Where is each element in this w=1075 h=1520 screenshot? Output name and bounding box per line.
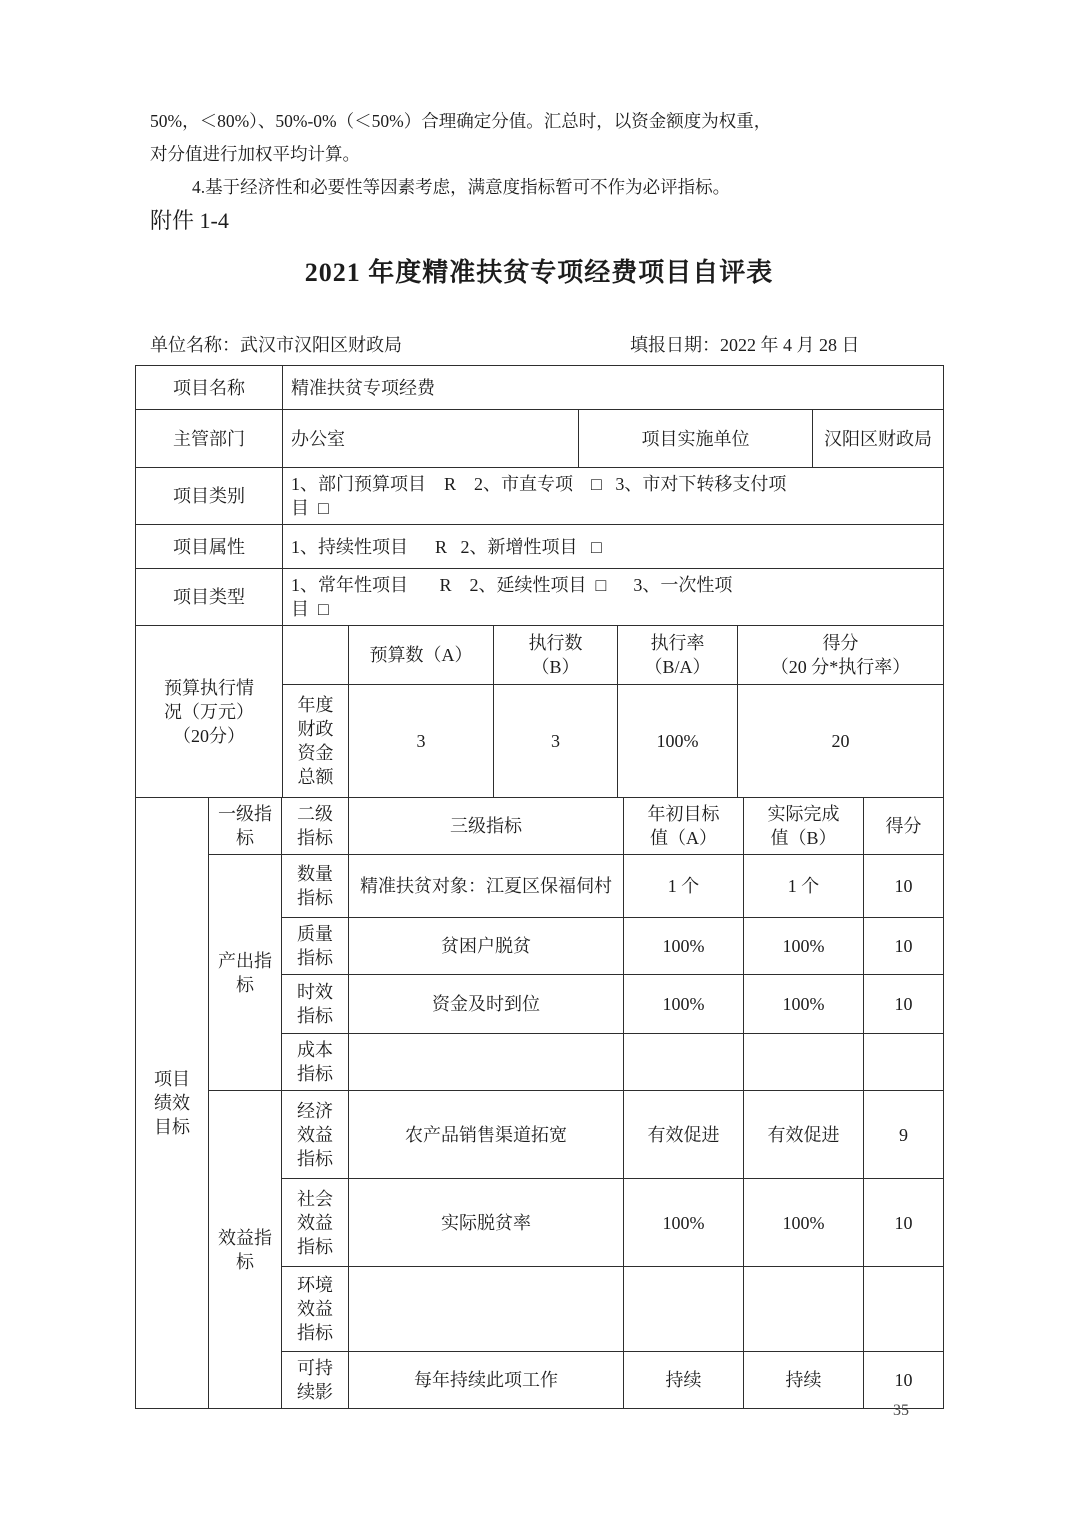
project-attribute-label: 项目属性	[136, 525, 283, 569]
perf-group-output-label: 产出指标	[209, 855, 282, 1091]
perf-row-social-score: 10	[864, 1179, 944, 1267]
perf-row-quantity-level2: 数量指标	[282, 855, 349, 918]
budget-header-rate: 执行率 （B/A）	[618, 626, 738, 685]
perf-section-label: 项目 绩效 目标	[136, 798, 209, 1409]
project-name-value: 精准扶贫专项经费	[283, 366, 944, 410]
project-info-table: 项目名称 精准扶贫专项经费 主管部门 办公室 项目实施单位 汉阳区财政局 项目类…	[135, 365, 944, 626]
budget-value-a: 3	[349, 685, 494, 798]
perf-row-quantity-score: 10	[864, 855, 944, 918]
perf-row-sustain-level2: 可持续影	[282, 1352, 349, 1409]
perf-group-benefit-label: 效益指标	[209, 1091, 282, 1409]
perf-row-cost-target	[624, 1034, 744, 1091]
project-name-label: 项目名称	[136, 366, 283, 410]
perf-row-environment-level2: 环境效益指标	[282, 1267, 349, 1352]
perf-row-cost-score	[864, 1034, 944, 1091]
report-date-text: 填报日期：2022 年 4 月 28 日	[630, 332, 860, 358]
perf-header-level2: 二级指标	[282, 798, 349, 855]
form-title: 2021 年度精准扶贫专项经费项目自评表	[135, 254, 943, 292]
budget-value-rate: 100%	[618, 685, 738, 798]
perf-row-environment-target	[624, 1267, 744, 1352]
perf-row-timeliness-score: 10	[864, 975, 944, 1034]
perf-header-level3: 三级指标	[349, 798, 624, 855]
perf-row-quantity-actual: 1 个	[744, 855, 864, 918]
perf-row-sustain-actual: 持续	[744, 1352, 864, 1409]
perf-row-social-level2: 社会效益指标	[282, 1179, 349, 1267]
budget-execution-table: 预算执行情 况（万元） （20分） 预算数（A） 执行数 （B） 执行率 （B/…	[135, 625, 944, 798]
dept-value: 办公室	[283, 410, 579, 468]
perf-row-economic-target: 有效促进	[624, 1091, 744, 1179]
perf-row-environment-actual	[744, 1267, 864, 1352]
perf-row-sustain-target: 持续	[624, 1352, 744, 1409]
form-meta: 单位名称：武汉市汉阳区财政局 填报日期：2022 年 4 月 28 日	[135, 332, 943, 360]
perf-row-quality-level2: 质量指标	[282, 918, 349, 975]
perf-row-cost-level3	[349, 1034, 624, 1091]
project-category-label: 项目类别	[136, 468, 283, 525]
perf-row-quality-actual: 100%	[744, 918, 864, 975]
perf-row-economic-level2: 经济效益指标	[282, 1091, 349, 1179]
budget-row-label: 年度财政资金总额	[283, 685, 349, 798]
budget-header-a: 预算数（A）	[349, 626, 494, 685]
project-attribute-options: 1、持续性项目 R 2、新增性项目 □	[283, 525, 944, 569]
perf-row-quality-level3: 贫困户脱贫	[349, 918, 624, 975]
budget-header-score: 得分 （20 分*执行率）	[738, 626, 944, 685]
perf-row-economic-level3: 农产品销售渠道拓宽	[349, 1091, 624, 1179]
budget-subcolumn-spacer	[283, 626, 349, 685]
dept-label: 主管部门	[136, 410, 283, 468]
budget-header-b: 执行数 （B）	[494, 626, 618, 685]
perf-row-quantity-target: 1 个	[624, 855, 744, 918]
unit-name-text: 单位名称：武汉市汉阳区财政局	[150, 335, 402, 355]
document-page: 50%，＜80%）、50%-0%（＜50%）合理确定分值。汇总时，以资金额度为权…	[135, 105, 943, 1409]
perf-row-social-actual: 100%	[744, 1179, 864, 1267]
perf-row-quantity-level3: 精准扶贫对象：江夏区保福伺村	[349, 855, 624, 918]
perf-row-cost-actual	[744, 1034, 864, 1091]
perf-row-timeliness-actual: 100%	[744, 975, 864, 1034]
budget-value-score: 20	[738, 685, 944, 798]
perf-row-sustain-level3: 每年持续此项工作	[349, 1352, 624, 1409]
budget-value-b: 3	[494, 685, 618, 798]
perf-row-sustain-score: 10	[864, 1352, 944, 1409]
attachment-label: 附件 1-4	[135, 204, 943, 238]
project-type-options: 1、常年性项目 R 2、延续性项目 □ 3、一次性项 目 □	[283, 569, 944, 626]
impl-unit-label: 项目实施单位	[579, 410, 813, 468]
project-type-label: 项目类型	[136, 569, 283, 626]
impl-unit-value: 汉阳区财政局	[813, 410, 944, 468]
perf-row-timeliness-target: 100%	[624, 975, 744, 1034]
perf-row-environment-score	[864, 1267, 944, 1352]
project-category-options: 1、部门预算项目 R 2、市直专项 □ 3、市对下转移支付项 目 □	[283, 468, 944, 525]
perf-header-actual: 实际完成 值（B）	[744, 798, 864, 855]
perf-row-economic-actual: 有效促进	[744, 1091, 864, 1179]
perf-header-level1: 一级指标	[209, 798, 282, 855]
perf-row-timeliness-level3: 资金及时到位	[349, 975, 624, 1034]
perf-row-economic-score: 9	[864, 1091, 944, 1179]
perf-row-timeliness-level2: 时效指标	[282, 975, 349, 1034]
page-number: 35	[893, 1402, 909, 1420]
perf-row-social-level3: 实际脱贫率	[349, 1179, 624, 1267]
intro-paragraph-1: 50%，＜80%）、50%-0%（＜50%）合理确定分值。汇总时，以资金额度为权…	[135, 105, 943, 171]
perf-row-environment-level3	[349, 1267, 624, 1352]
perf-header-target: 年初目标 值（A）	[624, 798, 744, 855]
perf-row-quality-target: 100%	[624, 918, 744, 975]
intro-paragraph-2: 4.基于经济性和必要性等因素考虑，满意度指标暂可不作为必评指标。	[135, 171, 943, 204]
perf-header-score: 得分	[864, 798, 944, 855]
budget-section-label: 预算执行情 况（万元） （20分）	[136, 626, 283, 798]
perf-row-social-target: 100%	[624, 1179, 744, 1267]
perf-row-quality-score: 10	[864, 918, 944, 975]
perf-row-cost-level2: 成本指标	[282, 1034, 349, 1091]
performance-indicators-table: 项目 绩效 目标 一级指标 二级指标 三级指标 年初目标 值（A） 实际完成 值…	[135, 797, 944, 1409]
